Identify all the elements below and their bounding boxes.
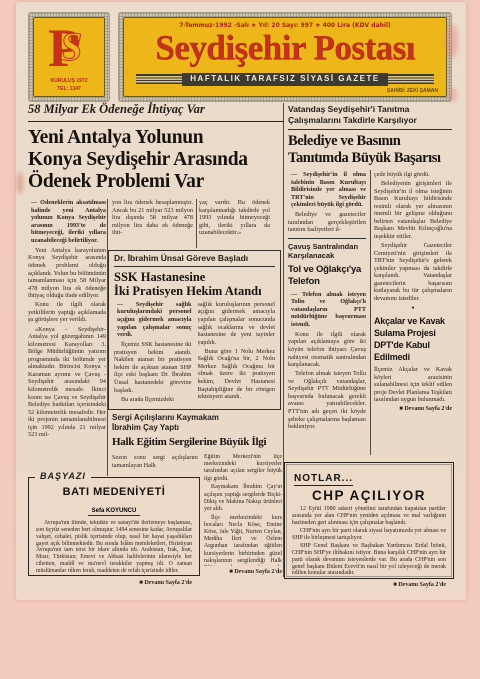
paragraph: yaç vardır. Bu ödenek karşılanmadığı tak… — [199, 199, 270, 237]
ssk-headline-line: SSK Hastanesine — [114, 270, 275, 284]
sulama-headline: Akçalar ve Kavak Sulama Projesi DPT'de K… — [374, 315, 452, 364]
notlar-headline: CHP AÇILIYOR — [292, 489, 446, 504]
ssk-column-1: — Seydişehir sağlık kuruluşlarındaki per… — [114, 301, 192, 405]
ssk-kicker: Dr. İbrahim Ünsal Göreve Başladı — [114, 254, 275, 267]
lead-column-3: yaç vardır. Bu ödenek karşılanmadığı tak… — [199, 199, 270, 247]
editorial-author: Sefa KOYUNCU — [88, 508, 141, 516]
tanitim-headline-line: Tanıtımda Büyük Başarısı — [288, 150, 452, 167]
logo-founded: KURULUŞ 1972 — [34, 78, 104, 86]
notlar-box: NOTLAR... CHP AÇILIYOR 12 Eylül 1980 ask… — [284, 462, 454, 579]
dot-separator: ● — [374, 306, 452, 312]
continued-note: ■ Devamı Sayfa 2'de — [292, 582, 446, 588]
telefon-intro: — Telefon almak isteyen Tolin ve Oğlakçı… — [288, 291, 366, 329]
paragraph: Sezon sonu sergi açılışlarını tamamlayan… — [112, 454, 198, 469]
ssk-article-box: Dr. İbrahim Ünsal Göreve Başladı SSK Has… — [108, 250, 281, 410]
paragraph: Telefon almak isteyen Tollu ve Oğlakçılı… — [288, 370, 366, 431]
telefon-headline-line: Tol ve Oğlakçı'ya — [288, 264, 366, 276]
halk-column-1: Sezon sonu sergi açılışlarını tamamlayan… — [112, 454, 198, 474]
sulama-headline-line: Sulama Projesi — [374, 327, 452, 339]
lead-headline-line: Yeni Antalya Yolunun — [28, 127, 286, 149]
paragraph: yon lira ödenek hesaplanmıştır. Ancak bu… — [112, 199, 193, 237]
ps-monogram-icon: P S — [44, 22, 94, 74]
owner-line: SAHİBİ: ZEKİ ŞAMAN — [387, 89, 438, 94]
sulama-headline-line: Edilmedi — [374, 351, 452, 363]
continued-note: ■ Devamı Sayfa 2'de — [36, 580, 192, 586]
paragraph: sağlık kuruluşlarının personel açığını g… — [198, 301, 276, 346]
lead-headline-line: Ödenek Problemi Var — [28, 171, 286, 193]
right-column-2: çede büyük ilgi gördü. Belediyenin giriş… — [374, 171, 452, 458]
tanitim-kicker-line: Çalışmalarını Takdirle Karşılıyor — [288, 115, 452, 126]
paragraph: Belediye ve gazeteciler tarafından gerçe… — [288, 211, 366, 234]
telefon-headline-line: Telefon — [288, 276, 366, 288]
lead-kicker: 58 Milyar Ek Ödeneğe İhtiyaç Var — [28, 103, 284, 122]
continued-note: ■ Devamı Sayfa 2'de — [204, 569, 282, 575]
paragraph: SHP Genel Başkanı ve Başbakan Yardımcısı… — [292, 543, 446, 577]
paragraph: Eğitim Merkezi'nin ilçe merkezindeki kur… — [204, 454, 282, 483]
paragraph: Yeni Antalya karayolunun Konya Seydişehi… — [28, 247, 106, 300]
paragraph: Belediyenin girişimleri ile Seydişehir'i… — [374, 180, 452, 241]
tanitim-intro: — Seydişehir'in il olma talebinin Basın … — [288, 171, 366, 209]
tanitim-kicker-line: Vatandaş Seydişehir'i Tanıtma — [288, 104, 452, 115]
paragraph: Buna göre 1 Nolu Merkez Sağlık Ocağı'na … — [198, 348, 276, 401]
halk-kicker-line: İbrahim Çay Yaptı — [112, 423, 284, 433]
paragraph: Bu arada İlçemizdeki — [114, 396, 192, 404]
paragraph: Konu ile ilgili olarak yapılan açıklamay… — [288, 331, 366, 369]
lead-column-2: yon lira ödenek hesaplanmıştır. Ancak bu… — [112, 199, 193, 247]
paragraph: çede büyük ilgi gördü. — [374, 171, 452, 179]
editorial-title: BATI MEDENİYETİ — [36, 486, 192, 498]
logo-box: P S KURULUŞ 1972 TEL: 1347 — [28, 12, 110, 102]
paragraph: Konu ile ilgili olarak yetkililerin yapt… — [28, 301, 106, 324]
halk-kicker: Sergi Açılışlarını Kaymakam İbrahim Çay … — [112, 413, 284, 433]
paragraph: Kaymakam İbrahim Çay'ın açılışını yaptığ… — [204, 484, 282, 513]
tanitim-headline: Belediye ve Basının Tanıtımda Büyük Başa… — [288, 133, 452, 166]
halk-kicker-line: Sergi Açılışlarını Kaymakam — [112, 413, 284, 423]
newspaper-front-page: P S KURULUŞ 1972 TEL: 1347 7-Temmuz-1992… — [0, 0, 480, 679]
tanitim-headline-line: Belediye ve Basının — [288, 133, 452, 150]
halk-column-2: Eğitim Merkezi'nin ilçe merkezindeki kur… — [204, 454, 282, 566]
ssk-column-2: sağlık kuruluşlarının personel açığını g… — [198, 301, 276, 405]
telefon-kicker-line: Çavuş Santralından — [288, 242, 366, 251]
tanitim-kicker: Vatandaş Seydişehir'i Tanıtma Çalışmalar… — [288, 104, 452, 130]
ssk-intro: — Seydişehir sağlık kuruluşlarındaki per… — [114, 301, 192, 339]
editorial-box: BAŞYAZI BATI MEDENİYETİ Sefa KOYUNCU Avr… — [28, 477, 200, 576]
paragraph: İlçemiz SSK hastanesine iki pratisyen he… — [114, 341, 192, 394]
masthead-subtitle: HAFTALIK TARAFSIZ SİYASİ GAZETE — [182, 73, 387, 86]
paragraph: İlçe merkezindeki kurs hocaları Necla Kö… — [204, 515, 282, 566]
newspaper-title: Seydişehir Postası — [124, 30, 446, 67]
ssk-headline-line: İki Pratisyen Hekim Atandı — [114, 284, 275, 298]
sulama-headline-line: Akçalar ve Kavak — [374, 315, 452, 327]
notlar-label: NOTLAR... — [294, 473, 353, 486]
paragraph: Avrupa'nın ilimde, teknikte ve sanayi'de… — [36, 520, 192, 575]
telefon-kicker-line: Karşılanacak — [288, 251, 366, 260]
paragraph: CHP'nin ayrı bir parti olarak siyasi hay… — [292, 528, 446, 542]
band-stripe-right — [388, 74, 434, 84]
paragraph: «Konya - Seydişehir-Antalya yol güzergah… — [28, 326, 106, 439]
masthead-box: 7-Temmuz-1992 -Salı ★ Yıl: 20 Sayı: 997 … — [118, 12, 452, 102]
telefon-kicker: Çavuş Santralından Karşılanacak — [288, 238, 366, 261]
lead-headline: Yeni Antalya Yolunun Konya Seydişehir Ar… — [28, 127, 286, 193]
ssk-headline: SSK Hastanesine İki Pratisyen Hekim Atan… — [114, 270, 275, 298]
column-divider-right — [370, 170, 371, 455]
editorial-label: BAŞYAZI — [35, 471, 91, 483]
notlar-body: 12 Eylül 1980 askeri yönetimi tarafından… — [292, 506, 446, 580]
band-stripe-left — [136, 74, 182, 84]
paragraph: 12 Eylül 1980 askeri yönetimi tarafından… — [292, 506, 446, 527]
paragraph: İlçemiz Akçalar ve Kavak köyleri arazisi… — [374, 366, 452, 404]
monogram-s: S — [60, 24, 82, 69]
editorial-body: Avrupa'nın ilimde, teknikte ve sanayi'de… — [36, 520, 192, 578]
paragraph: Seydişehir Gazeteciler Cemiyeti'nin giri… — [374, 242, 452, 303]
telefon-headline: Tol ve Oğlakçı'ya Telefon — [288, 264, 366, 288]
sulama-headline-line: DPT'de Kabul — [374, 339, 452, 351]
right-column-1: — Seydişehir'in il olma talebinin Basın … — [288, 171, 366, 456]
masthead-band: HAFTALIK TARAFSIZ SİYASİ GAZETE — [136, 73, 434, 85]
logo-tel: TEL: 1347 — [34, 86, 104, 94]
continued-note: ■ Devamı Sayfa 2'de — [374, 406, 452, 413]
lead-headline-line: Konya Seydişehir Arasında — [28, 149, 286, 171]
column-divider-lead — [196, 199, 197, 248]
lead-intro: — Ödeneklerin aksatılması halinde yeni A… — [28, 199, 106, 244]
halk-headline: Halk Eğitim Sergilerine Büyük İlgi — [112, 436, 284, 448]
lead-column-1: — Ödeneklerin aksatılması halinde yeni A… — [28, 199, 106, 476]
